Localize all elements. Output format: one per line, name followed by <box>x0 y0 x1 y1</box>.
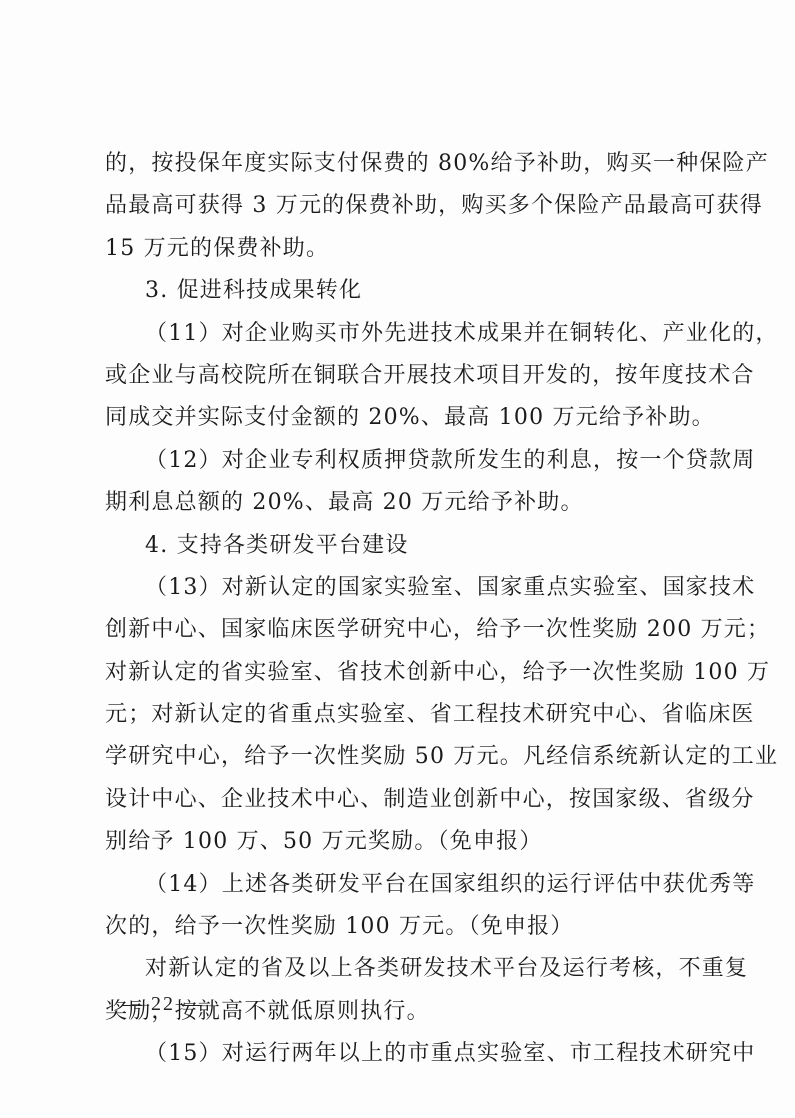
text-line: 期利息总额的 20%、最高 20 万元给予补助。 <box>105 482 693 524</box>
paragraph-start: （14）上述各类研发平台在国家组织的运行评估中获优秀等 <box>105 864 693 906</box>
text-line: 别给予 100 万、50 万元奖励。（免申报） <box>105 821 693 863</box>
text-line: 的，按投保年度实际支付保费的 80%给予补助，购买一种保险产 <box>105 143 693 185</box>
paragraph-start: 对新认定的省及以上各类研发技术平台及运行考核，不重复 <box>105 948 693 990</box>
paragraph-start: （15）对运行两年以上的市重点实验室、市工程技术研究中 <box>105 1033 693 1075</box>
text-line: 设计中心、企业技术中心、制造业创新中心，按国家级、省级分 <box>105 779 693 821</box>
text-line: 元；对新认定的省重点实验室、省工程技术研究中心、省临床医 <box>105 694 693 736</box>
section-heading: 3. 促进科技成果转化 <box>105 270 693 312</box>
text-line: 品最高可获得 3 万元的保费补助，购买多个保险产品最高可获得 <box>105 185 693 227</box>
section-heading: 4. 支持各类研发平台建设 <box>105 525 693 567</box>
text-line: 15 万元的保费补助。 <box>105 228 693 270</box>
body-text: 的，按投保年度实际支付保费的 80%给予补助，购买一种保险产 品最高可获得 3 … <box>105 143 693 1076</box>
document-page: 的，按投保年度实际支付保费的 80%给予补助，购买一种保险产 品最高可获得 3 … <box>0 0 795 1118</box>
text-line: 创新中心、国家临床医学研究中心，给予一次性奖励 200 万元； <box>105 609 693 651</box>
paragraph-start: （12）对企业专利权质押贷款所发生的利息，按一个贷款周 <box>105 440 693 482</box>
text-line: 或企业与高校院所在铜联合开展技术项目开发的，按年度技术合 <box>105 355 693 397</box>
paragraph-start: （11）对企业购买市外先进技术成果并在铜转化、产业化的， <box>105 313 693 355</box>
text-line: 对新认定的省实验室、省技术创新中心，给予一次性奖励 100 万 <box>105 652 693 694</box>
paragraph-start: （13）对新认定的国家实验室、国家重点实验室、国家技术 <box>105 567 693 609</box>
page-number: — 22 — <box>122 993 204 1016</box>
text-line: 同成交并实际支付金额的 20%、最高 100 万元给予补助。 <box>105 397 693 439</box>
text-line: 次的，给予一次性奖励 100 万元。（免申报） <box>105 906 693 948</box>
text-line: 学研究中心，给予一次性奖励 50 万元。凡经信系统新认定的工业 <box>105 736 693 778</box>
